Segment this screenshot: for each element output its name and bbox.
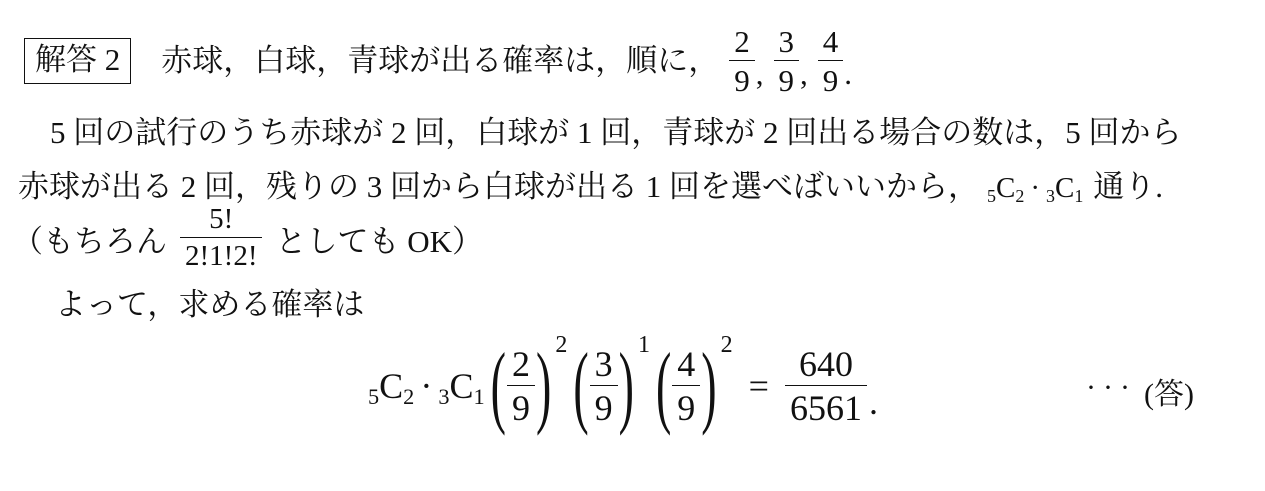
subscript: 2	[403, 384, 414, 409]
line1-text: 赤球，白球，青球が出る確率は，順に，	[161, 42, 719, 79]
probability-fraction-blue: 4 9	[818, 26, 844, 96]
subscript: 1	[474, 384, 485, 409]
factorial-fraction: 5! 2!1!2!	[180, 205, 262, 271]
comma: ,	[756, 56, 764, 92]
fraction-numerator: 3	[590, 346, 618, 385]
fraction: 4 9	[672, 346, 700, 426]
ellipsis-dots: ···	[1086, 371, 1137, 405]
remark-open-text: （もちろん	[12, 216, 167, 261]
result-fraction: 640 6561	[785, 346, 867, 426]
combination-c: C	[379, 366, 403, 406]
fraction-denominator: 9	[818, 60, 844, 96]
fraction-denominator: 9	[590, 385, 618, 426]
answer-marker: ··· (答)	[1086, 369, 1194, 413]
fraction-numerator: 2	[507, 346, 535, 385]
probability-fraction-white: 3 9	[774, 26, 800, 96]
fraction: 2 9	[507, 346, 535, 426]
subscript: 5	[987, 186, 996, 206]
remark-close-text: としても OK）	[275, 216, 483, 261]
fraction-numerator: 5!	[204, 205, 238, 237]
remark-line: （もちろん 5! 2!1!2! としても OK）	[12, 202, 483, 274]
probability-factor-red: ( 2 9 ) 2	[490, 346, 568, 426]
body-text-line-3: 赤球が出る 2 回，残りの 3 回から白球が出る 1 回を選べばいいから， 5C…	[18, 161, 1163, 206]
right-paren: )	[700, 340, 717, 432]
fraction-numerator: 4	[672, 346, 700, 385]
exponent: 1	[638, 332, 650, 359]
probability-fraction-red: 2 9	[729, 26, 755, 96]
line3-suffix: 通り.	[1093, 161, 1163, 206]
answer-label: (答)	[1144, 369, 1194, 413]
fraction-denominator: 9	[774, 60, 800, 96]
probability-factor-white: ( 3 9 ) 1	[572, 346, 650, 426]
left-paren: (	[572, 340, 589, 432]
fraction: 3 9	[590, 346, 618, 426]
document-page: 解答 2 赤球，白球，青球が出る確率は，順に， 2 9 , 3 9 , 4 9 …	[0, 0, 1265, 491]
fraction-numerator: 640	[794, 346, 858, 385]
combination-c: C	[1055, 172, 1074, 204]
comma: ,	[800, 56, 808, 92]
left-paren: (	[655, 340, 672, 432]
line3-text: 赤球が出る 2 回，残りの 3 回から白球が出る 1 回を選べばいいから，	[18, 161, 979, 206]
fraction-numerator: 4	[818, 26, 844, 60]
body-text-line-5: よって，求める確率は	[55, 279, 364, 324]
multiplication-dot: ·	[1030, 172, 1040, 204]
fraction-denominator: 9	[672, 385, 700, 426]
subscript: 3	[438, 384, 449, 409]
solution-label: 解答 2	[35, 42, 120, 77]
probability-factor-blue: ( 4 9 ) 2	[655, 346, 733, 426]
main-equation: 5C2·3C1 ( 2 9 ) 2 ( 3 9 ) 1 ( 4 9	[368, 332, 878, 440]
right-paren: )	[618, 340, 635, 432]
body-text-line-2: 5 回の試行のうち赤球が 2 回，白球が 1 回，青球が 2 回出る場合の数は，…	[50, 107, 1182, 152]
fraction-numerator: 3	[774, 26, 800, 60]
solution-header-line: 解答 2 赤球，白球，青球が出る確率は，順に， 2 9 , 3 9 , 4 9 …	[24, 24, 852, 98]
fraction-denominator: 6561	[785, 385, 867, 426]
period: .	[844, 56, 852, 92]
equals-sign: =	[749, 365, 769, 407]
subscript: 2	[1015, 186, 1024, 206]
left-paren: (	[490, 340, 507, 432]
combination-c: C	[449, 366, 473, 406]
combination-expression: 5C2·3C1	[368, 365, 485, 407]
right-paren: )	[535, 340, 552, 432]
subscript: 1	[1074, 186, 1083, 206]
subscript: 5	[368, 384, 379, 409]
fraction-denominator: 9	[507, 385, 535, 426]
period: .	[869, 381, 878, 423]
exponent: 2	[721, 332, 733, 359]
fraction-numerator: 2	[729, 26, 755, 60]
combination-expression-inline: 5C2·3C1	[987, 172, 1083, 205]
solution-label-box: 解答 2	[24, 38, 131, 84]
fraction-denominator: 9	[729, 60, 755, 96]
subscript: 3	[1046, 186, 1055, 206]
multiplication-dot: ·	[420, 366, 432, 406]
fraction-denominator: 2!1!2!	[180, 237, 262, 271]
combination-c: C	[996, 172, 1015, 204]
exponent: 2	[555, 332, 567, 359]
